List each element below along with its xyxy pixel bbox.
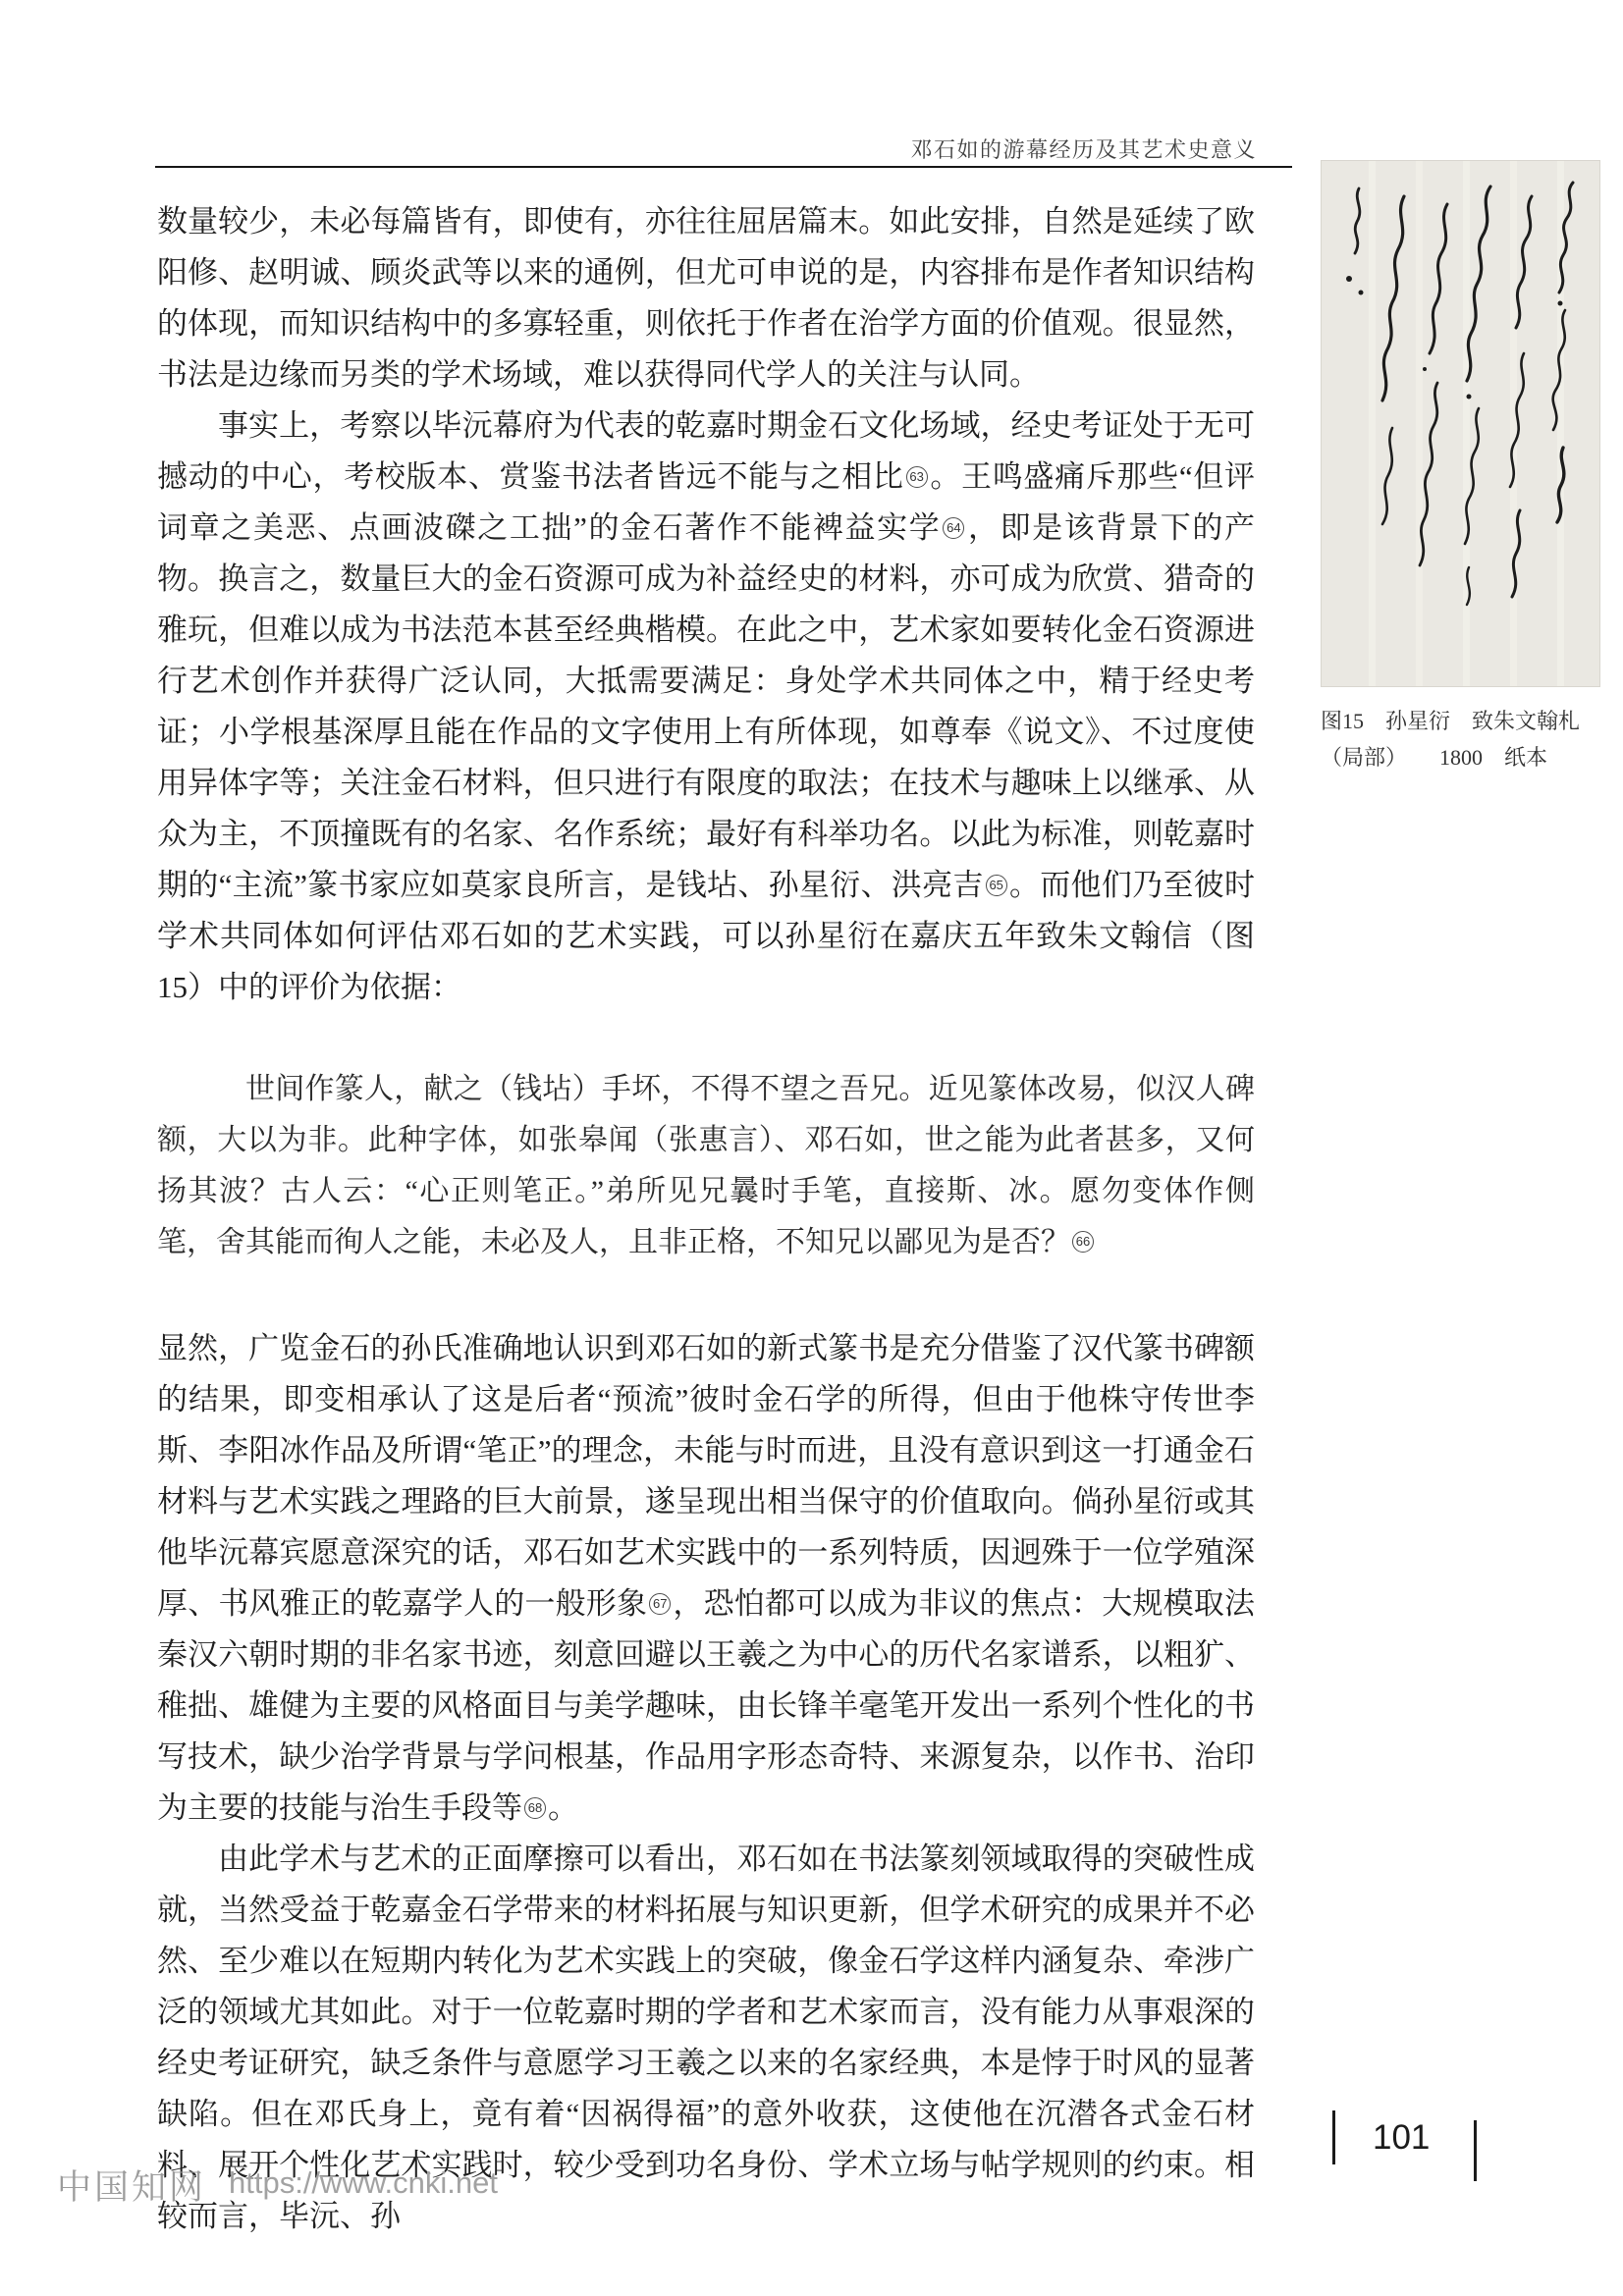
calligraphy-strokes — [1322, 161, 1599, 686]
header-rule — [155, 166, 1292, 168]
pagenum-right-bar — [1474, 2120, 1477, 2181]
footnote-marker: 66 — [1072, 1231, 1094, 1253]
figure-caption-line2: （局部） 1800 纸本 — [1321, 739, 1615, 775]
blockquote-letter: 世间作篆人，献之（钱坫）手坏，不得不望之吾兄。近见篆体改易，似汉人碑额，大以为非… — [157, 1064, 1255, 1268]
cnki-url: https://www.cnki.net — [229, 2165, 498, 2201]
page-number: 101 — [1373, 2118, 1430, 2158]
paragraph: 显然，广览金石的孙氏准确地认识到邓石如的新式篆书是充分借鉴了汉代篆书碑额的结果，… — [157, 1323, 1255, 1834]
footnote-marker: 64 — [943, 517, 964, 539]
running-title: 邓石如的游幕经历及其艺术史意义 — [157, 133, 1257, 164]
figure-caption: 图15 孙星衍 致朱文翰札 （局部） 1800 纸本 — [1321, 703, 1615, 775]
calligraphy-image — [1321, 160, 1600, 687]
pagenum-left-bar — [1332, 2110, 1335, 2164]
article-body: 数量较少，未必每篇皆有，即使有，亦往往屈居篇末。如此安排，自然是延续了欧阳修、赵… — [157, 196, 1255, 2242]
footnote-marker: 63 — [906, 466, 928, 488]
journal-page: 邓石如的游幕经历及其艺术史意义 数量较少，未必每篇皆有，即使有，亦往往屈居篇末。… — [0, 0, 1623, 2296]
footnote-marker: 65 — [986, 875, 1007, 896]
footnote-marker: 67 — [649, 1593, 671, 1615]
paragraph: 事实上，考察以毕沅幕府为代表的乾嘉时期金石文化场域，经史考证处于无可撼动的中心，… — [157, 400, 1255, 1013]
figure-caption-line1: 图15 孙星衍 致朱文翰札 — [1321, 703, 1615, 739]
footnote-marker: 68 — [524, 1797, 546, 1819]
paragraph: 数量较少，未必每篇皆有，即使有，亦往往屈居篇末。如此安排，自然是延续了欧阳修、赵… — [157, 196, 1255, 400]
cnki-logo-text: 中国知网 — [57, 2161, 206, 2210]
